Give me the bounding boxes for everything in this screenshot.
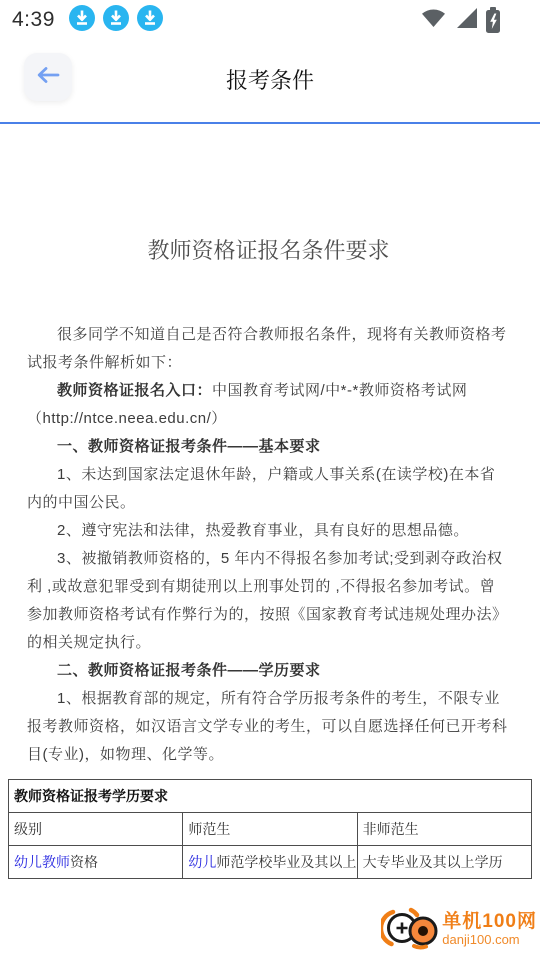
header-normal-graduate: 师范生 [183,813,357,846]
status-bar: 4:39 [0,0,540,40]
article-title: 教师资格证报名条件要求 [27,234,510,265]
kindergarten-link[interactable]: 幼儿 [188,854,216,870]
site-watermark: 单机100网 danji100.com [381,903,537,956]
system-status-icons [420,7,500,33]
table-row: 幼儿教师资格 幼儿师范学校毕业及其以上学历 大专毕业及其以上学历 [9,846,532,879]
cell-non-normal-requirement: 大专毕业及其以上学历 [357,846,531,879]
cell-kindergarten-level: 幼儿教师资格 [9,846,183,879]
article-content: 教师资格证报名条件要求 很多同学不知道自己是否符合教师报名条件，现将有关教师资格… [0,234,540,769]
download-icon [69,5,95,36]
danji100-logo-icon [381,903,439,956]
download-icon [103,5,129,36]
section2-item-1: 1、根据教育部的规定，所有符合学历报考条件的考生，不限专业报考教师资格，如汉语言… [27,685,510,769]
kindergarten-teacher-link[interactable]: 幼儿教师 [14,854,70,870]
download-notification-icons [69,5,163,36]
header-non-normal-graduate: 非师范生 [357,813,531,846]
cell-normal-requirement: 幼儿师范学校毕业及其以上学历 [183,846,357,879]
clock-time: 4:39 [12,8,55,32]
header-level: 级别 [9,813,183,846]
table-caption: 教师资格证报考学历要求 [9,780,532,813]
article-body: 很多同学不知道自己是否符合教师报名条件，现将有关教师资格考试报考条件解析如下： … [27,321,510,769]
section1-item-1: 1、未达到国家法定退休年龄，户籍或人事关系(在读学校)在本省内的中国公民。 [27,461,510,517]
section1-heading: 一、教师资格证报考条件——基本要求 [27,433,510,461]
download-icon [137,5,163,36]
paragraph-intro: 很多同学不知道自己是否符合教师报名条件，现将有关教师资格考试报考条件解析如下： [27,321,510,377]
cellular-signal-icon [456,8,477,33]
page-title: 报考条件 [0,64,540,95]
section1-item-2: 2、遵守宪法和法律，热爱教育事业，具有良好的思想品德。 [27,517,510,545]
paragraph-entry: 教师资格证报名入口：中国教育考试网/中*-*教师资格考试网（http://ntc… [27,377,510,433]
watermark-site-url: danji100.com [442,933,537,948]
watermark-text: 单机100网 danji100.com [442,911,537,948]
education-requirements-table: 教师资格证报考学历要求 级别 师范生 非师范生 幼儿教师资格 幼儿师范学校毕业及… [8,779,532,879]
section2-heading: 二、教师资格证报考条件——学历要求 [27,657,510,685]
watermark-site-name: 单机100网 [442,911,537,933]
table-caption-row: 教师资格证报考学历要求 [9,780,532,813]
section1-item-3: 3、被撤销教师资格的，5 年内不得报名参加考试;受到剥夺政治权利 ,或故意犯罪受… [27,545,510,657]
wifi-icon [420,7,447,33]
cell-normal-rest: 师范学校毕业及其以上学历 [216,854,357,870]
table-header-row: 级别 师范生 非师范生 [9,813,532,846]
entry-label: 教师资格证报名入口： [57,382,212,399]
battery-icon [486,10,500,33]
cell-level-rest: 资格 [70,854,98,870]
page-header: 报考条件 [0,40,540,124]
